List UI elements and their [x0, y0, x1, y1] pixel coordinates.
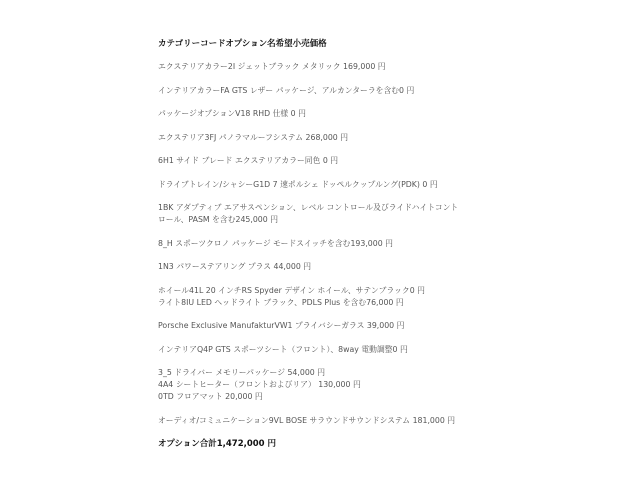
option-line: 1BK アダプティブ エアサスペンション、レベル コントロール及びライドハイトコ… — [158, 202, 488, 214]
option-line: 6H1 サイド ブレード エクステリアカラー同色 0 円 — [158, 155, 488, 167]
option-line: 3_5 ドライバー メモリーパッケージ 54,000 円 — [158, 367, 488, 379]
option-line: エクステリア3FJ パノラマルーフシステム 268,000 円 — [158, 132, 488, 144]
option-item: ホイール41L 20 インチRS Spyder デザイン ホイール、サテンブラッ… — [158, 285, 488, 309]
option-item: 8_H スポーツクロノ パッケージ モードスイッチを含む193,000 円 — [158, 238, 488, 250]
option-line: エクステリアカラー2I ジェットブラック メタリック 169,000 円 — [158, 61, 488, 73]
option-line: 4A4 シートヒーター（フロントおよびリア） 130,000 円 — [158, 379, 488, 391]
option-line: ライト8IU LED ヘッドライト ブラック、PDLS Plus を含む76,0… — [158, 297, 488, 309]
option-line: オーディオ/コミュニケーション9VL BOSE サラウンドサウンドシステム 18… — [158, 415, 488, 427]
option-item: 1N3 パワーステアリング プラス 44,000 円 — [158, 261, 488, 273]
options-price-list: カテゴリーコードオプション名希望小売価格 エクステリアカラー2I ジェットブラッ… — [158, 38, 488, 450]
option-line: パッケージオプションV18 RHD 仕様 0 円 — [158, 108, 488, 120]
option-item: インテリアQ4P GTS スポーツシート（フロント）、8way 電動調整0 円 — [158, 344, 488, 356]
option-item: 3_5 ドライバー メモリーパッケージ 54,000 円 4A4 シートヒーター… — [158, 367, 488, 403]
option-item: Porsche Exclusive ManufakturVW1 プライバシーガラ… — [158, 320, 488, 332]
option-line: インテリアQ4P GTS スポーツシート（フロント）、8way 電動調整0 円 — [158, 344, 488, 356]
option-line: 8_H スポーツクロノ パッケージ モードスイッチを含む193,000 円 — [158, 238, 488, 250]
option-item: ドライブトレイン/シャシーG1D 7 速ポルシェ ドッペルクップルング(PDK)… — [158, 179, 488, 191]
options-total: オプション合計1,472,000 円 — [158, 438, 488, 450]
option-item: エクステリア3FJ パノラマルーフシステム 268,000 円 — [158, 132, 488, 144]
option-item: オーディオ/コミュニケーション9VL BOSE サラウンドサウンドシステム 18… — [158, 415, 488, 427]
option-item: 6H1 サイド ブレード エクステリアカラー同色 0 円 — [158, 155, 488, 167]
option-line: ホイール41L 20 インチRS Spyder デザイン ホイール、サテンブラッ… — [158, 285, 488, 297]
option-line: インテリアカラーFA GTS レザー パッケージ、アルカンターラを含む0 円 — [158, 85, 488, 97]
list-header: カテゴリーコードオプション名希望小売価格 — [158, 38, 488, 50]
option-line: 0TD フロアマット 20,000 円 — [158, 391, 488, 403]
option-item: エクステリアカラー2I ジェットブラック メタリック 169,000 円 — [158, 61, 488, 73]
option-line: Porsche Exclusive ManufakturVW1 プライバシーガラ… — [158, 320, 488, 332]
option-line: ドライブトレイン/シャシーG1D 7 速ポルシェ ドッペルクップルング(PDK)… — [158, 179, 488, 191]
option-item: 1BK アダプティブ エアサスペンション、レベル コントロール及びライドハイトコ… — [158, 202, 488, 226]
option-item: パッケージオプションV18 RHD 仕様 0 円 — [158, 108, 488, 120]
option-line: 1N3 パワーステアリング プラス 44,000 円 — [158, 261, 488, 273]
option-item: インテリアカラーFA GTS レザー パッケージ、アルカンターラを含む0 円 — [158, 85, 488, 97]
option-line: ロール、PASM を含む245,000 円 — [158, 214, 488, 226]
